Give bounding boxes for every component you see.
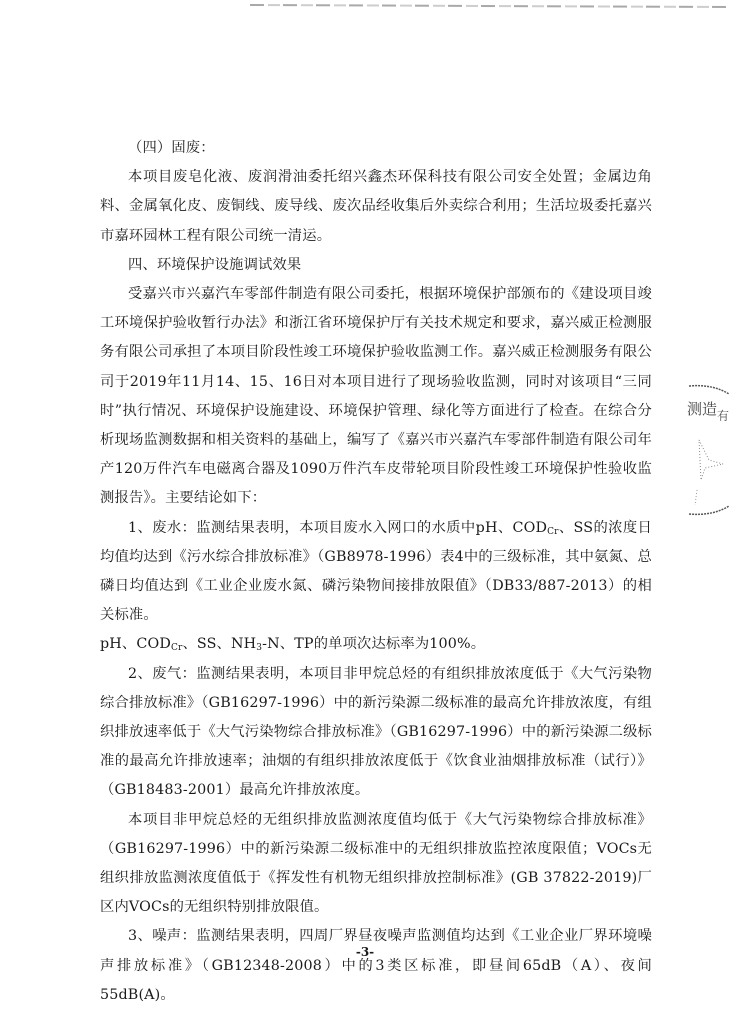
rate-text-a: pH、COD <box>100 636 171 652</box>
subscript-cr: Cr <box>171 643 183 653</box>
svg-text:有: 有 <box>717 409 729 423</box>
document-page: （四）固废： 本项目废皂化液、废润滑油委托绍兴鑫杰环保科技有限公司安全处置；金属… <box>100 134 652 1010</box>
seal-stamp-icon: 测造 有 <box>683 380 730 520</box>
section-heading-solid-waste: （四）固废： <box>100 134 652 163</box>
paragraph-exhaust-organized: 2、废气：监测结果表明，本项目非甲烷总烃的有组织排放浓度低于《大气污染物综合排放… <box>100 660 652 806</box>
paragraph-intro: 受嘉兴市兴嘉汽车零部件制造有限公司委托，根据环境保护部颁布的《建设项目竣工环境保… <box>100 280 652 514</box>
paragraph-wastewater: 1、废水：监测结果表明，本项目废水入网口的水质中pH、CODCr、SS的浓度日均… <box>100 514 652 631</box>
rate-text-b: 、SS、NH <box>182 636 256 652</box>
rate-text-c: -N、TP的单项次达标率为100%。 <box>262 636 485 652</box>
paragraph-wastewater-rate: pH、CODCr、SS、NH3-N、TP的单项次达标率为100%。 <box>100 630 652 659</box>
scan-edge-artifact <box>250 4 730 8</box>
subscript-cr: Cr <box>547 527 559 537</box>
paragraph-noise: 3、噪声：监测结果表明，四周厂界昼夜噪声监测值均达到《工业企业厂界环境噪声排放标… <box>100 922 652 1010</box>
paragraph-solid-waste: 本项目废皂化液、废润滑油委托绍兴鑫杰环保科技有限公司安全处置；金属边角料、金属氧… <box>100 163 652 251</box>
section-heading-env-facilities: 四、环境保护设施调试效果 <box>100 251 652 280</box>
paragraph-exhaust-unorganized: 本项目非甲烷总烃的无组织排放监测浓度值均低于《大气污染物综合排放标准》（GB16… <box>100 806 652 923</box>
svg-text:测造: 测造 <box>687 400 717 418</box>
page-number: -3- <box>0 945 730 959</box>
wastewater-text-a: 1、废水：监测结果表明，本项目废水入网口的水质中pH、COD <box>128 520 547 536</box>
